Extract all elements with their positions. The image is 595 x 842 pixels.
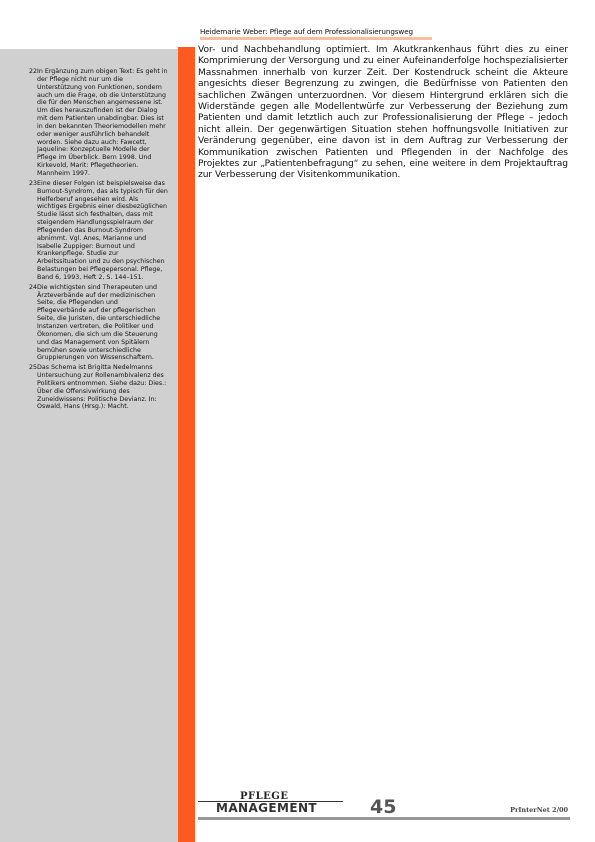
logo-management: MANAGEMENT — [216, 801, 317, 815]
body-text: Vor- und Nachbehandlung optimiert. Im Ak… — [198, 45, 568, 182]
issue-label: PrInterNet 2/00 — [510, 806, 568, 814]
footnote-23: 23Eine dieser Folgen ist beispielsweise … — [29, 180, 169, 282]
accent-stripe — [178, 47, 195, 842]
footnote-24: 24Die wichtigsten sind Therapeuten und Ä… — [29, 284, 169, 362]
footnotes: 22In Ergänzung zum obigen Text: Es geht … — [29, 68, 169, 413]
page-footer: PFLEGE MANAGEMENT 45 PrInterNet 2/00 — [198, 790, 570, 820]
footnote-25: 25Das Schema ist Brigitta Nedelmanns Unt… — [29, 364, 169, 411]
footnote-22: 22In Ergänzung zum obigen Text: Es geht … — [29, 68, 169, 178]
running-header: Heidemarie Weber: Pflege auf dem Profess… — [200, 27, 413, 36]
header-underline — [200, 37, 432, 40]
footer-rule — [198, 817, 570, 820]
page-number: 45 — [370, 796, 396, 818]
